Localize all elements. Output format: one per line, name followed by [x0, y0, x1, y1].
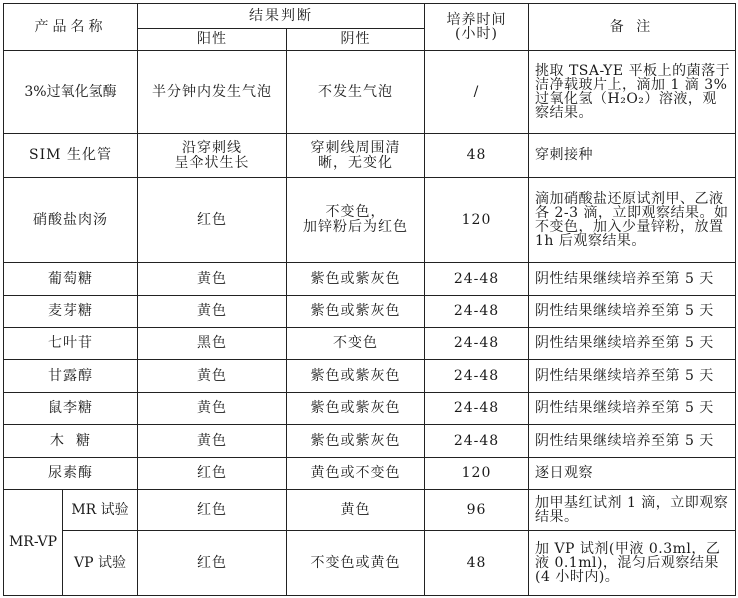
- remarks-cell: 阴性结果继续培养至第 5 天: [529, 393, 736, 425]
- positive-cell: 黄色: [138, 296, 287, 328]
- positive-cell: 黑色: [138, 328, 287, 360]
- positive-cell: 红色: [138, 458, 287, 490]
- product-name-cell: MR 试验: [63, 490, 138, 531]
- positive-cell: 黄色: [138, 393, 287, 425]
- time-cell: 24-48: [425, 393, 529, 425]
- time-cell: 120: [425, 458, 529, 490]
- header-result-judgment: 结果判断: [138, 4, 425, 29]
- positive-cell: 黄色: [138, 425, 287, 458]
- product-name-cell: 七叶苷: [4, 328, 138, 360]
- time-cell: 96: [425, 490, 529, 531]
- product-name-cell: 3%过氧化氢酶: [4, 51, 138, 134]
- time-cell: 24-48: [425, 263, 529, 296]
- remarks-cell: 阴性结果继续培养至第 5 天: [529, 263, 736, 296]
- positive-cell: 红色: [138, 178, 287, 263]
- table-row: 七叶苷 黑色 不变色 24-48 阴性结果继续培养至第 5 天: [4, 328, 736, 360]
- product-name-cell: SIM 生化管: [4, 134, 138, 178]
- time-cell: 24-48: [425, 360, 529, 393]
- time-cell: 48: [425, 134, 529, 178]
- positive-cell: 红色: [138, 531, 287, 596]
- remarks-cell: 滴加硝酸盐还原试剂甲、乙液各 2-3 滴，立即观察结果。如不变色，加入少量锌粉，…: [529, 178, 736, 263]
- negative-cell: 紫色或紫灰色: [287, 263, 425, 296]
- product-name-cell: 甘露醇: [4, 360, 138, 393]
- positive-cell: 黄色: [138, 263, 287, 296]
- positive-cell: 半分钟内发生气泡: [138, 51, 287, 134]
- time-cell: 48: [425, 531, 529, 596]
- header-positive: 阳性: [138, 29, 287, 51]
- table-row: 3%过氧化氢酶 半分钟内发生气泡 不发生气泡 / 挑取 TSA-YE 平板上的菌…: [4, 51, 736, 134]
- negative-cell: 紫色或紫灰色: [287, 425, 425, 458]
- remarks-cell: 阴性结果继续培养至第 5 天: [529, 296, 736, 328]
- header-remarks: 备 注: [529, 4, 736, 51]
- negative-cell: 紫色或紫灰色: [287, 360, 425, 393]
- table-row: 麦芽糖 黄色 紫色或紫灰色 24-48 阴性结果继续培养至第 5 天: [4, 296, 736, 328]
- negative-cell: 穿刺线周围清 晰，无变化: [287, 134, 425, 178]
- header-incubation-time: 培养时间 (小时): [425, 4, 529, 51]
- product-name-cell: 鼠李糖: [4, 393, 138, 425]
- negative-cell: 不发生气泡: [287, 51, 425, 134]
- remarks-cell: 穿刺接种: [529, 134, 736, 178]
- remarks-cell: 阴性结果继续培养至第 5 天: [529, 328, 736, 360]
- negative-cell: 不变色或黄色: [287, 531, 425, 596]
- time-cell: 24-48: [425, 328, 529, 360]
- negative-cell: 黄色或不变色: [287, 458, 425, 490]
- negative-cell: 紫色或紫灰色: [287, 393, 425, 425]
- table-row: VP 试验 红色 不变色或黄色 48 加 VP 试剂(甲液 0.3ml，乙液 0…: [4, 531, 736, 596]
- positive-cell: 黄色: [138, 360, 287, 393]
- product-name-cell: 尿素酶: [4, 458, 138, 490]
- remarks-cell: 阴性结果继续培养至第 5 天: [529, 425, 736, 458]
- table-row: 葡萄糖 黄色 紫色或紫灰色 24-48 阴性结果继续培养至第 5 天: [4, 263, 736, 296]
- table-row: 硝酸盐肉汤 红色 不变色， 加锌粉后为红色 120 滴加硝酸盐还原试剂甲、乙液各…: [4, 178, 736, 263]
- table-row: 鼠李糖 黄色 紫色或紫灰色 24-48 阴性结果继续培养至第 5 天: [4, 393, 736, 425]
- time-cell: 120: [425, 178, 529, 263]
- time-cell: 24-48: [425, 296, 529, 328]
- time-cell: /: [425, 51, 529, 134]
- table-row: SIM 生化管 沿穿刺线 呈伞状生长 穿刺线周围清 晰，无变化 48 穿刺接种: [4, 134, 736, 178]
- mrvp-group-cell: MR-VP: [4, 490, 63, 596]
- remarks-cell: 挑取 TSA-YE 平板上的菌落于洁净载玻片上，滴加 1 滴 3%过氧化氢（H₂…: [529, 51, 736, 134]
- table-row: 甘露醇 黄色 紫色或紫灰色 24-48 阴性结果继续培养至第 5 天: [4, 360, 736, 393]
- table-row: 木 糖 黄色 紫色或紫灰色 24-48 阴性结果继续培养至第 5 天: [4, 425, 736, 458]
- header-negative: 阴性: [287, 29, 425, 51]
- negative-cell: 黄色: [287, 490, 425, 531]
- header-product-name: 产品名称: [4, 4, 138, 51]
- remarks-cell: 阴性结果继续培养至第 5 天: [529, 360, 736, 393]
- remarks-cell: 逐日观察: [529, 458, 736, 490]
- product-name-cell: 木 糖: [4, 425, 138, 458]
- time-cell: 24-48: [425, 425, 529, 458]
- remarks-cell: 加甲基红试剂 1 滴，立即观察结果。: [529, 490, 736, 531]
- table-row: 尿素酶 红色 黄色或不变色 120 逐日观察: [4, 458, 736, 490]
- remarks-cell: 加 VP 试剂(甲液 0.3ml，乙液 0.1ml)，混匀后观察结果(4 小时内…: [529, 531, 736, 596]
- table-row: MR-VP MR 试验 红色 黄色 96 加甲基红试剂 1 滴，立即观察结果。: [4, 490, 736, 531]
- negative-cell: 不变色， 加锌粉后为红色: [287, 178, 425, 263]
- product-name-cell: 麦芽糖: [4, 296, 138, 328]
- product-name-cell: VP 试验: [63, 531, 138, 596]
- biochemical-test-table: 产品名称 结果判断 培养时间 (小时) 备 注 阳性 阴性 3%过氧化氢酶 半分…: [3, 3, 736, 596]
- negative-cell: 紫色或紫灰色: [287, 296, 425, 328]
- product-name-cell: 硝酸盐肉汤: [4, 178, 138, 263]
- product-name-cell: 葡萄糖: [4, 263, 138, 296]
- positive-cell: 沿穿刺线 呈伞状生长: [138, 134, 287, 178]
- negative-cell: 不变色: [287, 328, 425, 360]
- positive-cell: 红色: [138, 490, 287, 531]
